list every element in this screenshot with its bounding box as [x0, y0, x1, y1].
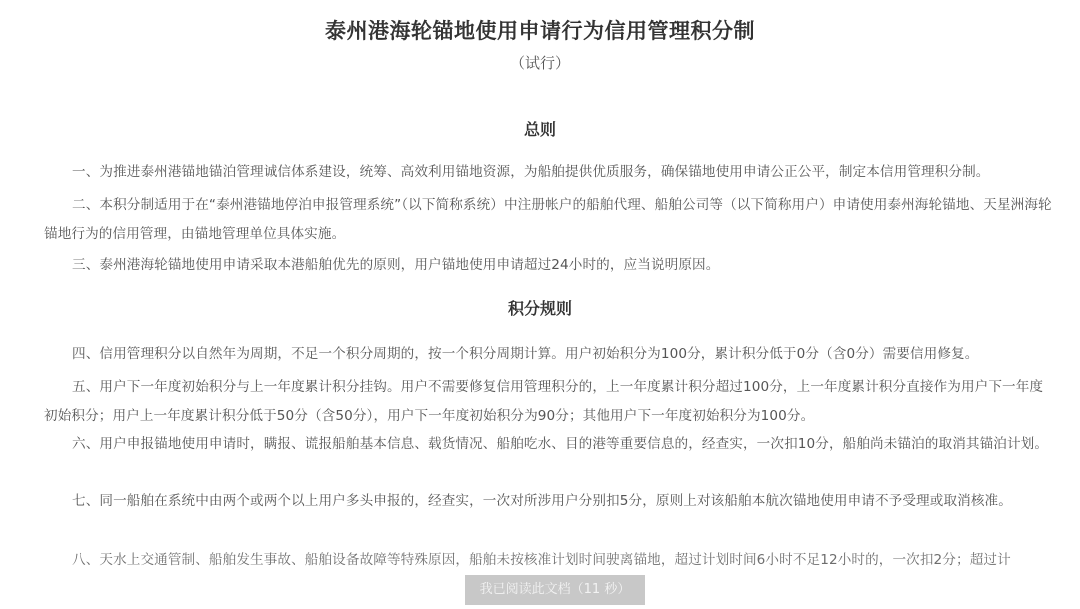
paragraph-article-7: 七、同一船舶在系统中由两个或两个以上用户多头申报的，经查实，一次对所涉用户分别扣… [44, 487, 1054, 516]
paragraph-article-2: 二、本积分制适用于在“泰州港锚地停泊申报管理系统”（以下简称系统）中注册帐户的船… [44, 191, 1054, 249]
paragraph-article-8: 八、天水上交通管制、船舶发生事故、船舶设备故障等特殊原因，船舶未按核准计划时间驶… [44, 546, 1054, 570]
confirm-read-button[interactable]: 我已阅读此文档（11 秒） [465, 575, 645, 605]
section-heading-general: 总则 [0, 118, 1080, 142]
document-title: 泰州港海轮锚地使用申请行为信用管理积分制 [0, 16, 1080, 46]
paragraph-article-3: 三、泰州港海轮锚地使用申请采取本港船舶优先的原则，用户锚地使用申请超过24小时的… [44, 251, 1054, 280]
section-heading-scoring-rules: 积分规则 [0, 297, 1080, 321]
paragraph-article-5: 五、用户下一年度初始积分与上一年度累计积分挂钩。用户不需要修复信用管理积分的，上… [44, 373, 1054, 431]
paragraph-article-1: 一、为推进泰州港锚地锚泊管理诚信体系建设，统筹、高效利用锚地资源，为船舶提供优质… [44, 158, 1054, 187]
paragraph-article-4: 四、信用管理积分以自然年为周期，不足一个积分周期的，按一个积分周期计算。用户初始… [44, 340, 1054, 369]
paragraph-article-6: 六、用户申报锚地使用申请时，瞒报、谎报船舶基本信息、载货情况、船舶吃水、目的港等… [44, 430, 1054, 459]
document-subtitle: （试行） [0, 52, 1080, 74]
document-page: 泰州港海轮锚地使用申请行为信用管理积分制 （试行） 总则 一、为推进泰州港锚地锚… [0, 0, 1080, 609]
